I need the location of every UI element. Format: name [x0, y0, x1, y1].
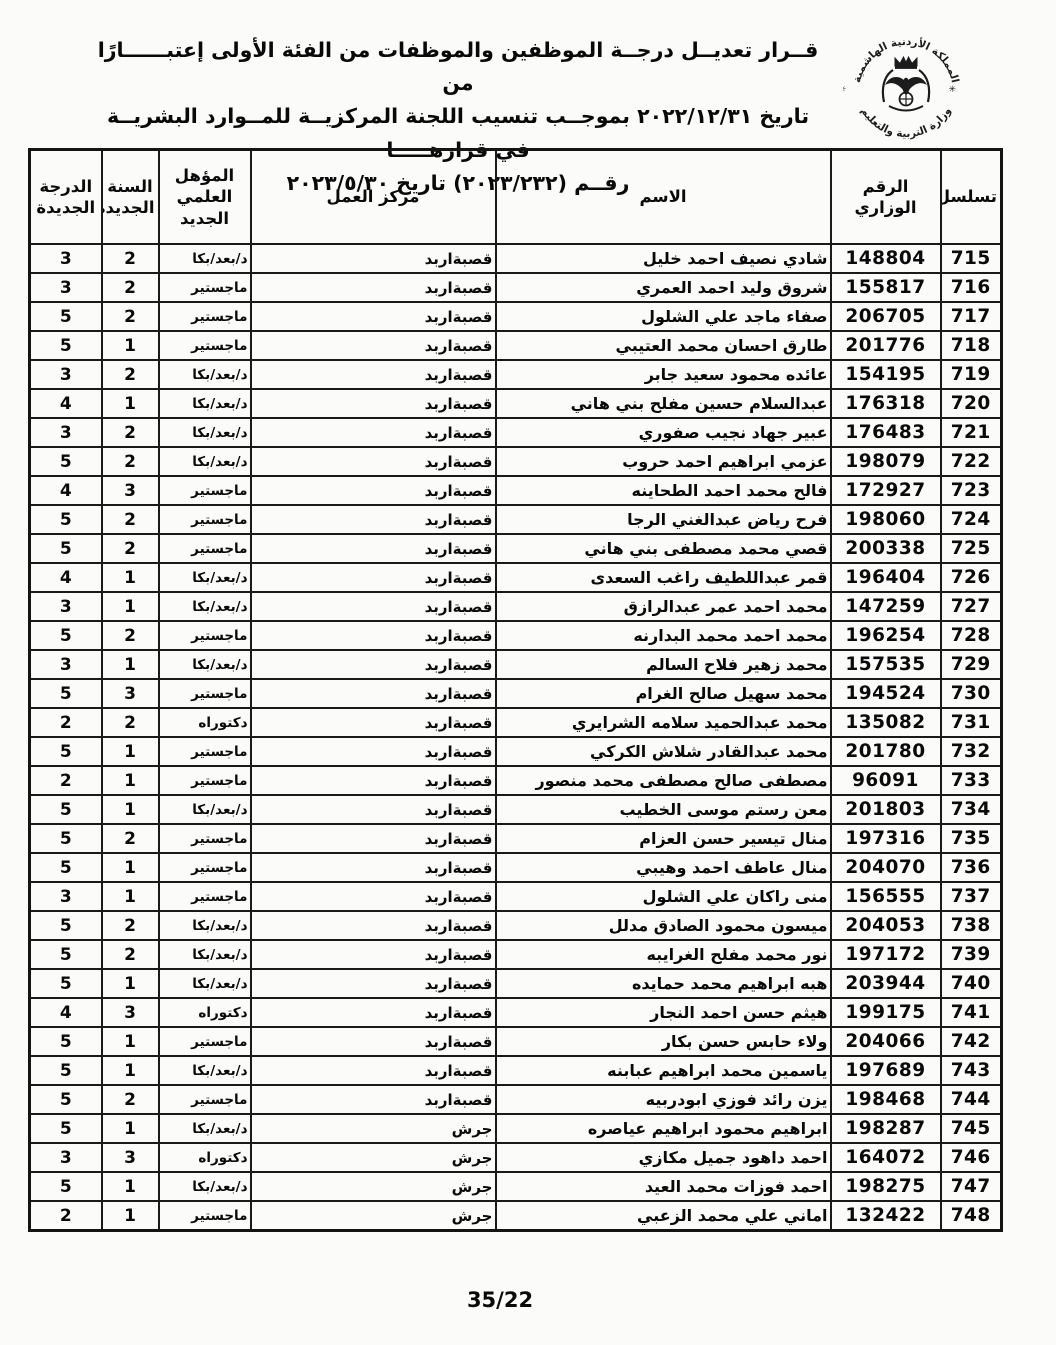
ministry-number-cell: 198079 — [831, 447, 941, 476]
ministry-number-cell: 157535 — [831, 650, 941, 679]
name-cell: منال تيسير حسن العزام — [496, 824, 831, 853]
new-year-cell: 2 — [102, 824, 159, 853]
new-grade-cell: 4 — [30, 563, 102, 592]
coat-of-arms-icon — [883, 57, 929, 111]
work-center-cell: قصبةاربد — [251, 505, 496, 534]
column-header-new-year: السنة الجديدة — [102, 150, 159, 245]
ministry-number-cell: 198060 — [831, 505, 941, 534]
ministry-number-cell: 156555 — [831, 882, 941, 911]
name-cell: يزن رائد فوزي ابودربيه — [496, 1085, 831, 1114]
new-grade-cell: 5 — [30, 824, 102, 853]
new-year-cell: 1 — [102, 389, 159, 418]
ministry-number-cell: 199175 — [831, 998, 941, 1027]
employee-grade-table: تسلسل الرقم الوزاري الاسم مركز العمل الم… — [28, 148, 1003, 1232]
ministry-number-cell: 201803 — [831, 795, 941, 824]
qualification-cell: د/بعد/بكا — [159, 563, 251, 592]
name-cell: هبه ابراهيم محمد حمايده — [496, 969, 831, 998]
new-grade-cell: 5 — [30, 302, 102, 331]
column-header-work-center: مركز العمل — [251, 150, 496, 245]
name-cell: محمد احمد محمد البدارنه — [496, 621, 831, 650]
serial-cell: 726 — [941, 563, 1002, 592]
new-year-cell: 2 — [102, 418, 159, 447]
serial-cell: 718 — [941, 331, 1002, 360]
ministry-number-cell: 204066 — [831, 1027, 941, 1056]
serial-cell: 744 — [941, 1085, 1002, 1114]
serial-cell: 745 — [941, 1114, 1002, 1143]
qualification-cell: ماجستير — [159, 737, 251, 766]
table-row: 722198079عزمي ابراهيم احمد حروبقصبةاربدد… — [30, 447, 1002, 476]
column-header-serial: تسلسل — [941, 150, 1002, 245]
ministry-number-cell: 194524 — [831, 679, 941, 708]
name-cell: عزمي ابراهيم احمد حروب — [496, 447, 831, 476]
new-year-cell: 2 — [102, 534, 159, 563]
qualification-cell: د/بعد/بكا — [159, 969, 251, 998]
new-grade-cell: 3 — [30, 882, 102, 911]
table-row: 747198275احمد فوزات محمد العيدجرشد/بعد/ب… — [30, 1172, 1002, 1201]
new-grade-cell: 2 — [30, 1201, 102, 1231]
svg-text:المملكة الأردنية الهاشمية: المملكة الأردنية الهاشمية — [851, 36, 961, 84]
name-cell: صفاء ماجد علي الشلول — [496, 302, 831, 331]
new-year-cell: 2 — [102, 244, 159, 273]
ministry-number-cell: 204070 — [831, 853, 941, 882]
table-row: 742204066ولاء حابس حسن بكارقصبةاربدماجست… — [30, 1027, 1002, 1056]
new-year-cell: 2 — [102, 621, 159, 650]
serial-cell: 736 — [941, 853, 1002, 882]
qualification-cell: ماجستير — [159, 505, 251, 534]
name-cell: ولاء حابس حسن بكار — [496, 1027, 831, 1056]
ministry-number-cell: 196254 — [831, 621, 941, 650]
name-cell: عبدالسلام حسين مفلح بني هاني — [496, 389, 831, 418]
qualification-cell: د/بعد/بكا — [159, 940, 251, 969]
ministry-number-cell: 200338 — [831, 534, 941, 563]
new-year-cell: 2 — [102, 273, 159, 302]
name-cell: اماني علي محمد الزعبي — [496, 1201, 831, 1231]
serial-cell: 717 — [941, 302, 1002, 331]
qualification-cell: د/بعد/بكا — [159, 1056, 251, 1085]
new-year-cell: 3 — [102, 679, 159, 708]
qualification-cell: ماجستير — [159, 331, 251, 360]
work-center-cell: قصبةاربد — [251, 389, 496, 418]
ministry-number-cell: 198287 — [831, 1114, 941, 1143]
table-row: 73396091مصطفى صالح مصطفى محمد منصورقصبةا… — [30, 766, 1002, 795]
new-year-cell: 2 — [102, 302, 159, 331]
work-center-cell: قصبةاربد — [251, 418, 496, 447]
ministry-number-cell: 132422 — [831, 1201, 941, 1231]
ministry-number-cell: 135082 — [831, 708, 941, 737]
qualification-cell: ماجستير — [159, 1027, 251, 1056]
ministry-seal-logo: المملكة الأردنية الهاشمية وزارة التربية … — [843, 26, 969, 148]
new-year-cell: 1 — [102, 1056, 159, 1085]
table-row: 717206705صفاء ماجد علي الشلولقصبةاربدماج… — [30, 302, 1002, 331]
work-center-cell: قصبةاربد — [251, 244, 496, 273]
name-cell: منى راكان علي الشلول — [496, 882, 831, 911]
new-grade-cell: 3 — [30, 360, 102, 389]
work-center-cell: جرش — [251, 1114, 496, 1143]
name-cell: احمد فوزات محمد العيد — [496, 1172, 831, 1201]
qualification-cell: دكتوراه — [159, 998, 251, 1027]
serial-cell: 735 — [941, 824, 1002, 853]
new-year-cell: 1 — [102, 650, 159, 679]
serial-cell: 739 — [941, 940, 1002, 969]
table-row: 724198060فرح رياض عبدالغني الرجاقصبةاربد… — [30, 505, 1002, 534]
ministry-number-cell: 198275 — [831, 1172, 941, 1201]
ministry-number-cell: 154195 — [831, 360, 941, 389]
qualification-cell: ماجستير — [159, 476, 251, 505]
name-cell: محمد زهير فلاح السالم — [496, 650, 831, 679]
serial-cell: 742 — [941, 1027, 1002, 1056]
new-grade-cell: 5 — [30, 1172, 102, 1201]
name-cell: فرح رياض عبدالغني الرجا — [496, 505, 831, 534]
table-row: 718201776طارق احسان محمد العتيبيقصبةاربد… — [30, 331, 1002, 360]
name-cell: منال عاطف احمد وهيبي — [496, 853, 831, 882]
work-center-cell: قصبةاربد — [251, 998, 496, 1027]
qualification-cell: ماجستير — [159, 766, 251, 795]
serial-cell: 734 — [941, 795, 1002, 824]
qualification-cell: د/بعد/بكا — [159, 418, 251, 447]
table-row: 748132422اماني علي محمد الزعبيجرشماجستير… — [30, 1201, 1002, 1231]
table-row: 738204053ميسون محمود الصادق مدللقصبةاربد… — [30, 911, 1002, 940]
name-cell: فالح محمد احمد الطحاينه — [496, 476, 831, 505]
name-cell: ياسمين محمد ابراهيم عبابنه — [496, 1056, 831, 1085]
ministry-number-cell: 172927 — [831, 476, 941, 505]
new-grade-cell: 5 — [30, 331, 102, 360]
serial-cell: 728 — [941, 621, 1002, 650]
ministry-number-cell: 164072 — [831, 1143, 941, 1172]
table-row: 737156555منى راكان علي الشلولقصبةاربدماج… — [30, 882, 1002, 911]
table-row: 746164072احمد داهود جميل مكازيجرشدكتوراه… — [30, 1143, 1002, 1172]
new-grade-cell: 3 — [30, 1143, 102, 1172]
new-grade-cell: 5 — [30, 969, 102, 998]
table-row: 726196404قمر عبداللطيف راغب السعدىقصبةار… — [30, 563, 1002, 592]
new-year-cell: 1 — [102, 882, 159, 911]
table-row: 723172927فالح محمد احمد الطحاينهقصبةاربد… — [30, 476, 1002, 505]
new-grade-cell: 5 — [30, 853, 102, 882]
column-header-ministry-number: الرقم الوزاري — [831, 150, 941, 245]
ministry-number-cell: 176483 — [831, 418, 941, 447]
serial-cell: 748 — [941, 1201, 1002, 1231]
work-center-cell: قصبةاربد — [251, 650, 496, 679]
work-center-cell: جرش — [251, 1201, 496, 1231]
serial-cell: 747 — [941, 1172, 1002, 1201]
new-grade-cell: 2 — [30, 766, 102, 795]
new-year-cell: 2 — [102, 708, 159, 737]
new-grade-cell: 5 — [30, 795, 102, 824]
new-year-cell: 1 — [102, 853, 159, 882]
qualification-cell: ماجستير — [159, 824, 251, 853]
qualification-cell: ماجستير — [159, 882, 251, 911]
name-cell: احمد داهود جميل مكازي — [496, 1143, 831, 1172]
table-row: 725200338قصي محمد مصطفى بني هانيقصبةاربد… — [30, 534, 1002, 563]
name-cell: ميسون محمود الصادق مدلل — [496, 911, 831, 940]
scanned-document-page: قــرار تعديــل درجــة الموظفين والموظفات… — [0, 0, 1056, 1345]
table-row: 727147259محمد احمد عمر عبدالرازققصبةاربد… — [30, 592, 1002, 621]
ministry-number-cell: 206705 — [831, 302, 941, 331]
new-grade-cell: 5 — [30, 679, 102, 708]
work-center-cell: قصبةاربد — [251, 1027, 496, 1056]
serial-cell: 737 — [941, 882, 1002, 911]
serial-cell: 719 — [941, 360, 1002, 389]
name-cell: هيثم حسن احمد النجار — [496, 998, 831, 1027]
table-row: 740203944هبه ابراهيم محمد حمايدهقصبةاربد… — [30, 969, 1002, 998]
serial-cell: 722 — [941, 447, 1002, 476]
ministry-number-cell: 198468 — [831, 1085, 941, 1114]
serial-cell: 720 — [941, 389, 1002, 418]
qualification-cell: ماجستير — [159, 534, 251, 563]
serial-cell: 733 — [941, 766, 1002, 795]
serial-cell: 740 — [941, 969, 1002, 998]
column-header-qualification: المؤهل العلمي الجديد — [159, 150, 251, 245]
work-center-cell: قصبةاربد — [251, 447, 496, 476]
serial-cell: 738 — [941, 911, 1002, 940]
work-center-cell: قصبةاربد — [251, 795, 496, 824]
qualification-cell: ماجستير — [159, 853, 251, 882]
qualification-cell: ماجستير — [159, 679, 251, 708]
seal-star-right-icon: ✳ — [948, 85, 956, 95]
qualification-cell: د/بعد/بكا — [159, 592, 251, 621]
ministry-number-cell: 147259 — [831, 592, 941, 621]
new-year-cell: 1 — [102, 1201, 159, 1231]
name-cell: عائده محمود سعيد جابر — [496, 360, 831, 389]
ministry-number-cell: 204053 — [831, 911, 941, 940]
qualification-cell: د/بعد/بكا — [159, 244, 251, 273]
table-row: 720176318عبدالسلام حسين مفلح بني هانيقصب… — [30, 389, 1002, 418]
new-grade-cell: 4 — [30, 998, 102, 1027]
qualification-cell: د/بعد/بكا — [159, 447, 251, 476]
name-cell: محمد سهيل صالح الغرام — [496, 679, 831, 708]
work-center-cell: قصبةاربد — [251, 592, 496, 621]
table-row: 741199175هيثم حسن احمد النجارقصبةاربددكت… — [30, 998, 1002, 1027]
new-year-cell: 2 — [102, 1085, 159, 1114]
qualification-cell: ماجستير — [159, 621, 251, 650]
new-year-cell: 1 — [102, 1027, 159, 1056]
table-row: 715148804شادي نصيف احمد خليلقصبةاربدد/بع… — [30, 244, 1002, 273]
work-center-cell: قصبةاربد — [251, 766, 496, 795]
ministry-number-cell: 197689 — [831, 1056, 941, 1085]
table-row: 728196254محمد احمد محمد البدارنهقصبةاربد… — [30, 621, 1002, 650]
qualification-cell: ماجستير — [159, 302, 251, 331]
table-row: 721176483عبير جهاد نجيب صفوريقصبةاربدد/ب… — [30, 418, 1002, 447]
serial-cell: 724 — [941, 505, 1002, 534]
table-row: 734201803معن رستم موسى الخطيبقصبةاربدد/ب… — [30, 795, 1002, 824]
new-grade-cell: 4 — [30, 476, 102, 505]
table-row: 729157535محمد زهير فلاح السالمقصبةاربدد/… — [30, 650, 1002, 679]
qualification-cell: ماجستير — [159, 1201, 251, 1231]
table-body: 715148804شادي نصيف احمد خليلقصبةاربدد/بع… — [30, 244, 1002, 1231]
table-row: 745198287ابراهيم محمود ابراهيم عياصرهجرش… — [30, 1114, 1002, 1143]
serial-cell: 723 — [941, 476, 1002, 505]
new-year-cell: 1 — [102, 969, 159, 998]
table-row: 731135082محمد عبدالحميد سلامه الشرايريقص… — [30, 708, 1002, 737]
work-center-cell: قصبةاربد — [251, 882, 496, 911]
ministry-number-cell: 96091 — [831, 766, 941, 795]
serial-cell: 716 — [941, 273, 1002, 302]
new-grade-cell: 5 — [30, 911, 102, 940]
column-header-name: الاسم — [496, 150, 831, 245]
work-center-cell: قصبةاربد — [251, 302, 496, 331]
new-year-cell: 2 — [102, 911, 159, 940]
new-year-cell: 1 — [102, 331, 159, 360]
qualification-cell: ماجستير — [159, 273, 251, 302]
table-row: 739197172نور محمد مفلح الغرايبهقصبةاربدد… — [30, 940, 1002, 969]
qualification-cell: د/بعد/بكا — [159, 650, 251, 679]
name-cell: معن رستم موسى الخطيب — [496, 795, 831, 824]
new-grade-cell: 3 — [30, 244, 102, 273]
work-center-cell: قصبةاربد — [251, 911, 496, 940]
new-grade-cell: 5 — [30, 1056, 102, 1085]
new-grade-cell: 3 — [30, 418, 102, 447]
work-center-cell: قصبةاربد — [251, 708, 496, 737]
ministry-number-cell: 197172 — [831, 940, 941, 969]
new-year-cell: 1 — [102, 766, 159, 795]
serial-cell: 732 — [941, 737, 1002, 766]
name-cell: شادي نصيف احمد خليل — [496, 244, 831, 273]
seal-top-text: المملكة الأردنية الهاشمية — [851, 36, 961, 84]
seal-star-left-icon: ✳ — [843, 85, 846, 95]
name-cell: محمد احمد عمر عبدالرازق — [496, 592, 831, 621]
new-year-cell: 1 — [102, 1114, 159, 1143]
new-year-cell: 2 — [102, 940, 159, 969]
qualification-cell: دكتوراه — [159, 1143, 251, 1172]
ministry-number-cell: 197316 — [831, 824, 941, 853]
serial-cell: 743 — [941, 1056, 1002, 1085]
ministry-number-cell: 201776 — [831, 331, 941, 360]
table-row: 716155817شروق وليد احمد العمريقصبةاربدما… — [30, 273, 1002, 302]
table-row: 732201780محمد عبدالقادر شلاش الكركيقصبةا… — [30, 737, 1002, 766]
serial-cell: 725 — [941, 534, 1002, 563]
table-row: 735197316منال تيسير حسن العزامقصبةاربدما… — [30, 824, 1002, 853]
roster-table-container: تسلسل الرقم الوزاري الاسم مركز العمل الم… — [31, 148, 1003, 1232]
name-cell: مصطفى صالح مصطفى محمد منصور — [496, 766, 831, 795]
new-year-cell: 1 — [102, 592, 159, 621]
new-grade-cell: 5 — [30, 1027, 102, 1056]
serial-cell: 729 — [941, 650, 1002, 679]
new-year-cell: 1 — [102, 737, 159, 766]
serial-cell: 721 — [941, 418, 1002, 447]
work-center-cell: قصبةاربد — [251, 679, 496, 708]
work-center-cell: قصبةاربد — [251, 853, 496, 882]
table-row: 744198468يزن رائد فوزي ابودربيهقصبةاربدم… — [30, 1085, 1002, 1114]
name-cell: محمد عبدالحميد سلامه الشرايري — [496, 708, 831, 737]
new-year-cell: 2 — [102, 360, 159, 389]
qualification-cell: د/بعد/بكا — [159, 1172, 251, 1201]
new-grade-cell: 5 — [30, 1085, 102, 1114]
work-center-cell: قصبةاربد — [251, 360, 496, 389]
ministry-number-cell: 176318 — [831, 389, 941, 418]
serial-cell: 727 — [941, 592, 1002, 621]
new-grade-cell: 4 — [30, 389, 102, 418]
new-grade-cell: 3 — [30, 592, 102, 621]
table-row: 736204070منال عاطف احمد وهيبيقصبةاربدماج… — [30, 853, 1002, 882]
work-center-cell: قصبةاربد — [251, 563, 496, 592]
new-grade-cell: 5 — [30, 505, 102, 534]
name-cell: طارق احسان محمد العتيبي — [496, 331, 831, 360]
table-row: 719154195عائده محمود سعيد جابرقصبةاربدد/… — [30, 360, 1002, 389]
new-year-cell: 2 — [102, 447, 159, 476]
name-cell: شروق وليد احمد العمري — [496, 273, 831, 302]
work-center-cell: قصبةاربد — [251, 1056, 496, 1085]
work-center-cell: قصبةاربد — [251, 331, 496, 360]
table-row: 743197689ياسمين محمد ابراهيم عبابنهقصبةا… — [30, 1056, 1002, 1085]
ministry-number-cell: 155817 — [831, 273, 941, 302]
work-center-cell: قصبةاربد — [251, 737, 496, 766]
new-grade-cell: 3 — [30, 273, 102, 302]
name-cell: محمد عبدالقادر شلاش الكركي — [496, 737, 831, 766]
decision-title-line-1: قــرار تعديــل درجــة الموظفين والموظفات… — [90, 34, 826, 100]
qualification-cell: د/بعد/بكا — [159, 1114, 251, 1143]
work-center-cell: قصبةاربد — [251, 476, 496, 505]
new-year-cell: 3 — [102, 1143, 159, 1172]
qualification-cell: د/بعد/بكا — [159, 389, 251, 418]
page-number: 35/22 — [0, 1288, 1000, 1312]
new-year-cell: 1 — [102, 563, 159, 592]
work-center-cell: قصبةاربد — [251, 824, 496, 853]
qualification-cell: د/بعد/بكا — [159, 795, 251, 824]
work-center-cell: قصبةاربد — [251, 534, 496, 563]
name-cell: نور محمد مفلح الغرايبه — [496, 940, 831, 969]
table-row: 730194524محمد سهيل صالح الغرامقصبةاربدما… — [30, 679, 1002, 708]
new-year-cell: 2 — [102, 505, 159, 534]
serial-cell: 731 — [941, 708, 1002, 737]
work-center-cell: جرش — [251, 1143, 496, 1172]
qualification-cell: د/بعد/بكا — [159, 360, 251, 389]
qualification-cell: د/بعد/بكا — [159, 911, 251, 940]
new-grade-cell: 5 — [30, 940, 102, 969]
serial-cell: 715 — [941, 244, 1002, 273]
new-grade-cell: 3 — [30, 650, 102, 679]
name-cell: قمر عبداللطيف راغب السعدى — [496, 563, 831, 592]
table-header-row: تسلسل الرقم الوزاري الاسم مركز العمل الم… — [30, 150, 1002, 245]
serial-cell: 746 — [941, 1143, 1002, 1172]
qualification-cell: دكتوراه — [159, 708, 251, 737]
name-cell: عبير جهاد نجيب صفوري — [496, 418, 831, 447]
new-year-cell: 3 — [102, 998, 159, 1027]
name-cell: ابراهيم محمود ابراهيم عياصره — [496, 1114, 831, 1143]
new-grade-cell: 5 — [30, 1114, 102, 1143]
serial-cell: 741 — [941, 998, 1002, 1027]
work-center-cell: قصبةاربد — [251, 940, 496, 969]
column-header-new-grade: الدرجة الجديدة — [30, 150, 102, 245]
new-grade-cell: 5 — [30, 621, 102, 650]
work-center-cell: جرش — [251, 1172, 496, 1201]
name-cell: قصي محمد مصطفى بني هاني — [496, 534, 831, 563]
work-center-cell: قصبةاربد — [251, 273, 496, 302]
new-grade-cell: 2 — [30, 708, 102, 737]
serial-cell: 730 — [941, 679, 1002, 708]
new-grade-cell: 5 — [30, 534, 102, 563]
new-grade-cell: 5 — [30, 447, 102, 476]
new-year-cell: 1 — [102, 1172, 159, 1201]
new-year-cell: 3 — [102, 476, 159, 505]
work-center-cell: قصبةاربد — [251, 621, 496, 650]
qualification-cell: ماجستير — [159, 1085, 251, 1114]
work-center-cell: قصبةاربد — [251, 1085, 496, 1114]
ministry-number-cell: 201780 — [831, 737, 941, 766]
new-grade-cell: 5 — [30, 737, 102, 766]
ministry-number-cell: 196404 — [831, 563, 941, 592]
work-center-cell: قصبةاربد — [251, 969, 496, 998]
ministry-number-cell: 203944 — [831, 969, 941, 998]
ministry-number-cell: 148804 — [831, 244, 941, 273]
new-year-cell: 1 — [102, 795, 159, 824]
